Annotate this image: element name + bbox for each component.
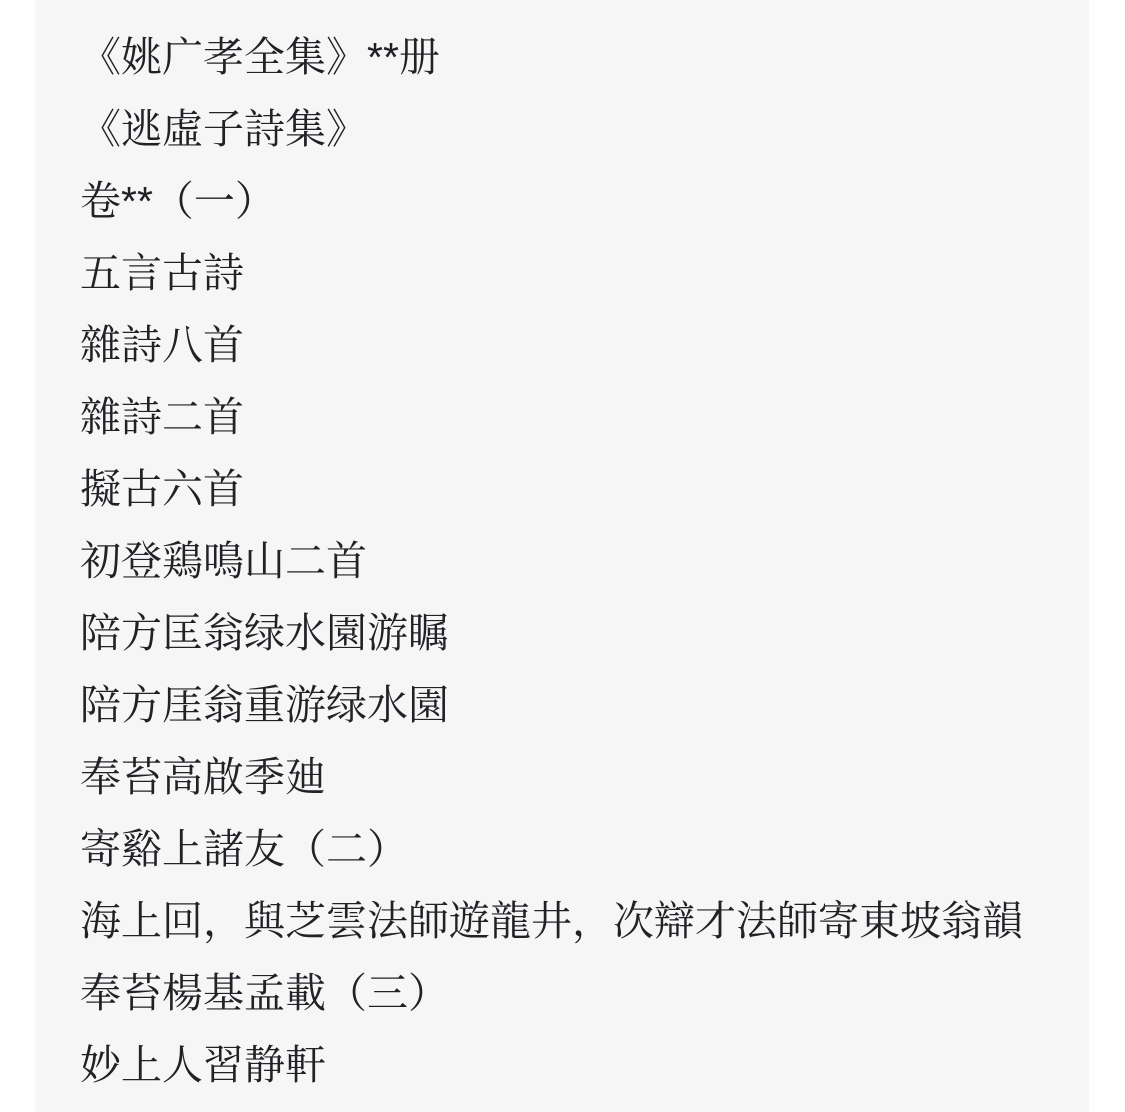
toc-line: 擬古六首 [80, 453, 1071, 525]
toc-line: 雜詩八首 [80, 309, 1071, 381]
book-title-line: 《姚广孝全集》**册 [80, 21, 1071, 93]
collection-title-line: 《逃虛子詩集》 [80, 93, 1071, 165]
section-heading-line: 五言古詩 [80, 237, 1071, 309]
toc-line: 妙上人習静軒 [80, 1029, 1071, 1101]
toc-line: 寄谿上諸友（二） [80, 813, 1071, 885]
toc-line: 海上回，與芝雲法師遊龍井，次辯才法師寄東坡翁韻 [80, 885, 1071, 957]
volume-line: 卷**（一） [80, 165, 1071, 237]
toc-line: 初登鶏鳴山二首 [80, 525, 1071, 597]
reader-page: 《姚广孝全集》**册 《逃虛子詩集》 卷**（一） 五言古詩 雜詩八首 雜詩二首… [35, 0, 1089, 1112]
table-of-contents: 《姚广孝全集》**册 《逃虛子詩集》 卷**（一） 五言古詩 雜詩八首 雜詩二首… [80, 21, 1071, 1101]
toc-line: 奉苔楊基孟載（三） [80, 957, 1071, 1029]
left-margin [0, 0, 35, 1112]
toc-line: 陪方厓翁重游绿水園 [80, 669, 1071, 741]
toc-line: 雜詩二首 [80, 381, 1071, 453]
toc-line: 奉苔高啟季廸 [80, 741, 1071, 813]
right-margin [1089, 0, 1125, 1112]
toc-line: 陪方匡翁绿水園游瞩 [80, 597, 1071, 669]
